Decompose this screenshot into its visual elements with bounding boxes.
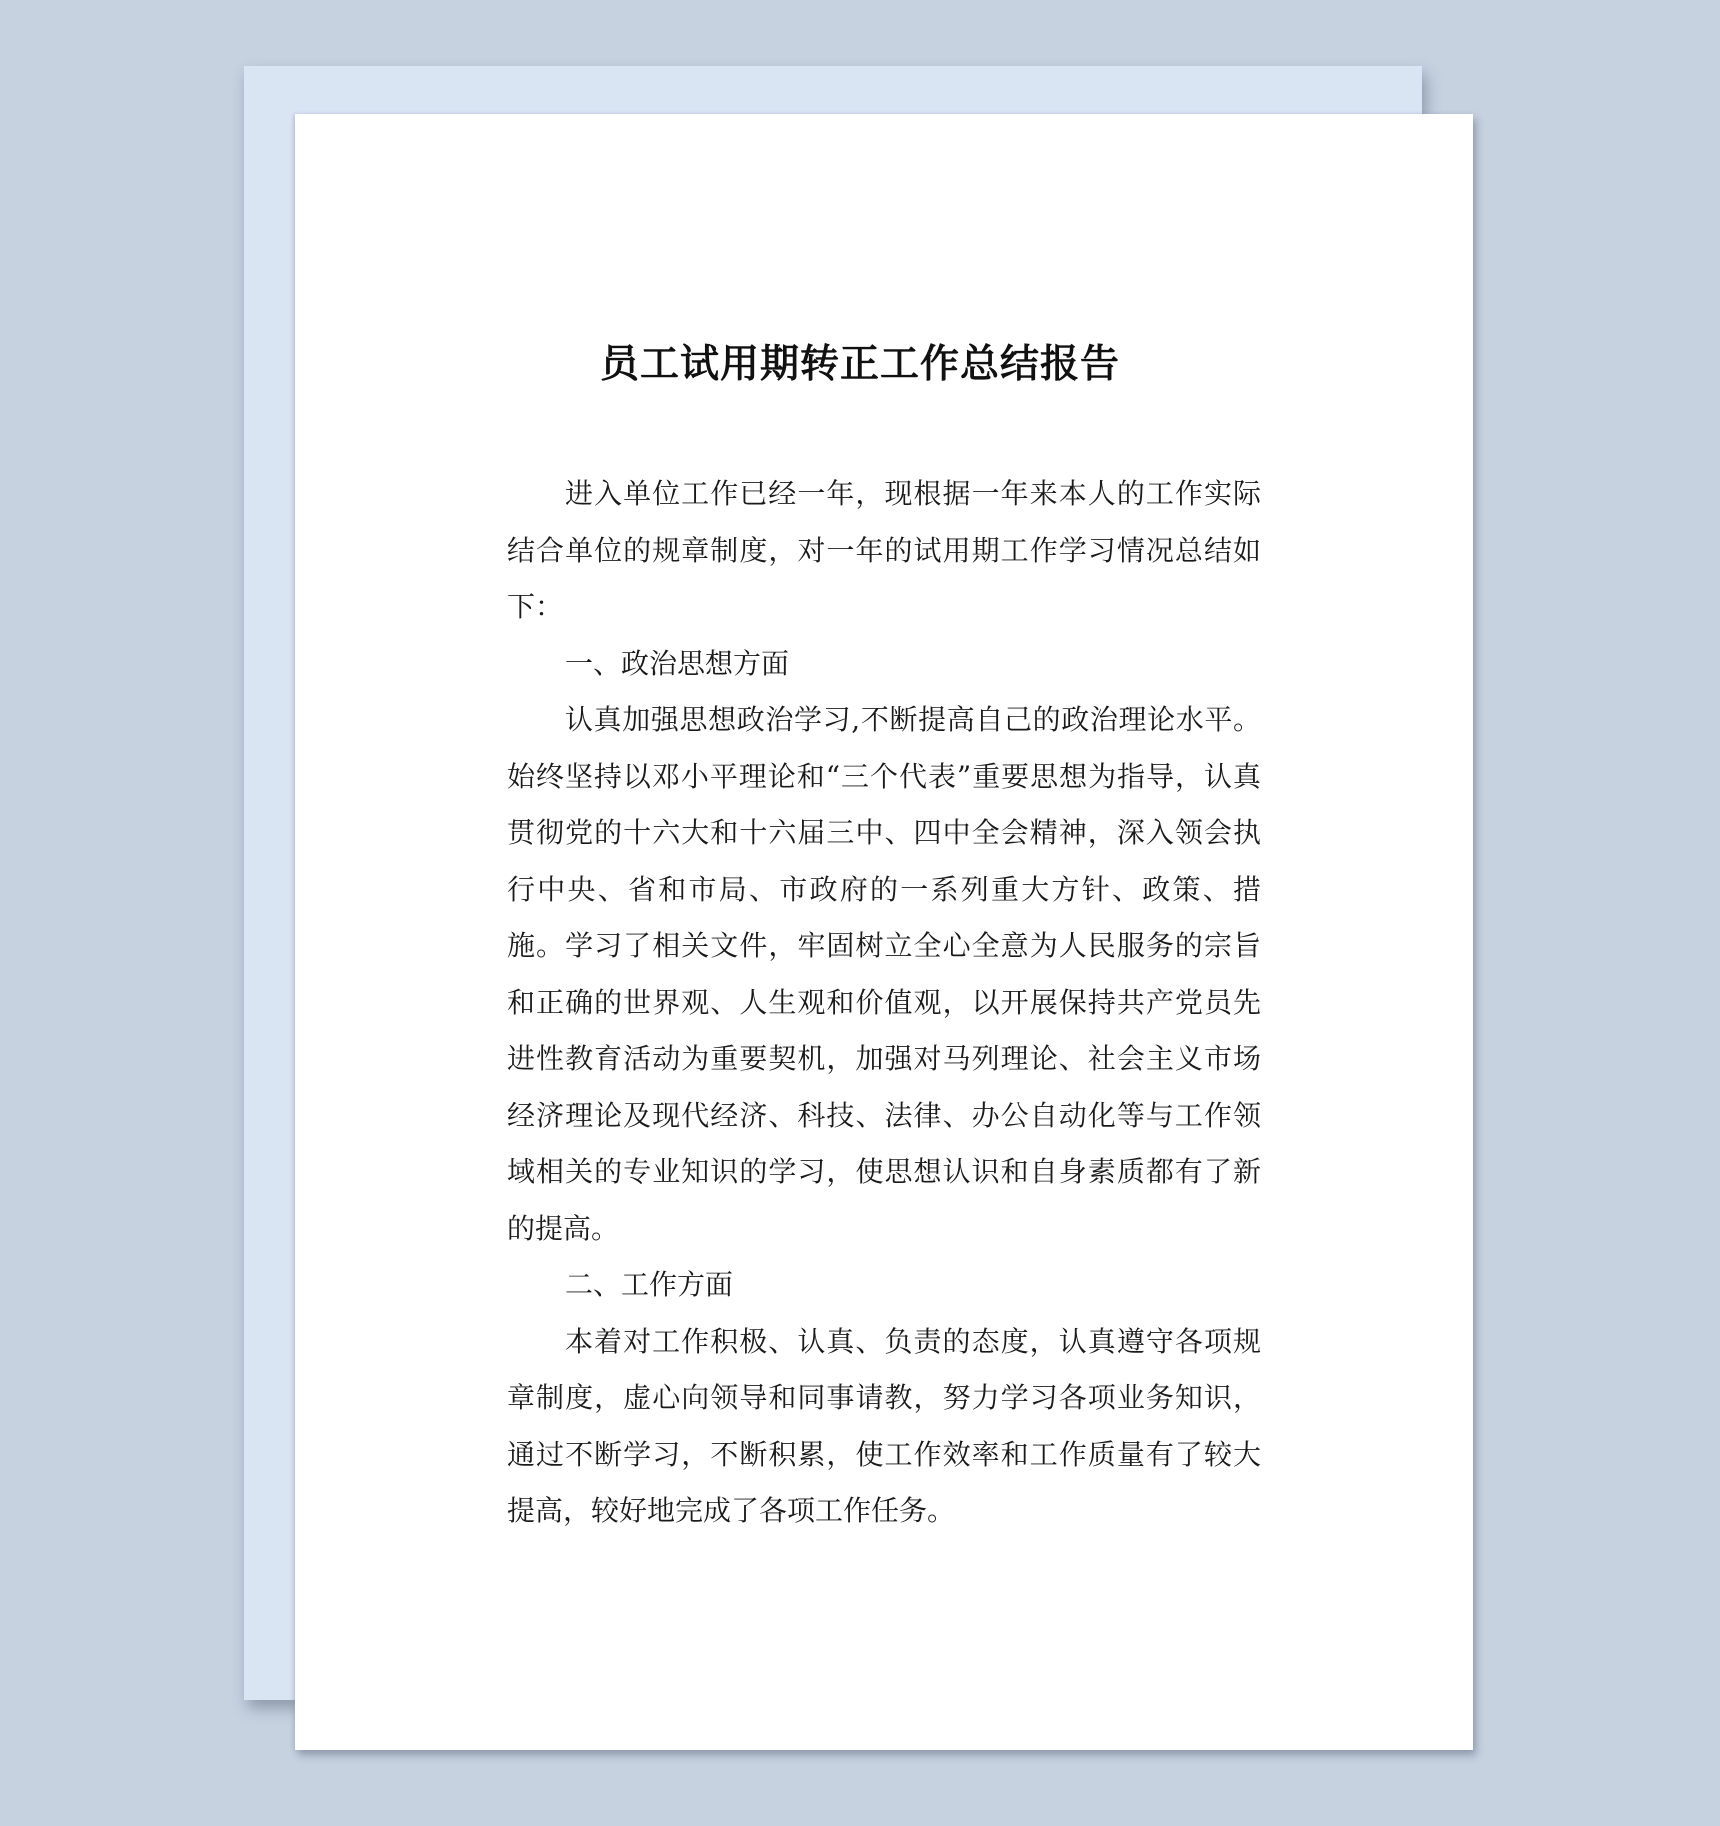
intro-paragraph: 进入单位工作已经一年，现根据一年来本人的工作实际结合单位的规章制度，对一年的试用… <box>507 466 1261 636</box>
section-heading-work: 二、工作方面 <box>507 1257 1261 1314</box>
document-title: 员工试用期转正工作总结报告 <box>0 333 1720 389</box>
document-body: 进入单位工作已经一年，现根据一年来本人的工作实际结合单位的规章制度，对一年的试用… <box>507 466 1261 1540</box>
work-paragraph: 本着对工作积极、认真、负责的态度，认真遵守各项规章制度，虚心向领导和同事请教，努… <box>507 1314 1261 1540</box>
political-paragraph: 认真加强思想政治学习,不断提高自己的政治理论水平。始终坚持以邓小平理论和“三个代… <box>507 692 1261 1257</box>
section-heading-political: 一、政治思想方面 <box>507 636 1261 693</box>
